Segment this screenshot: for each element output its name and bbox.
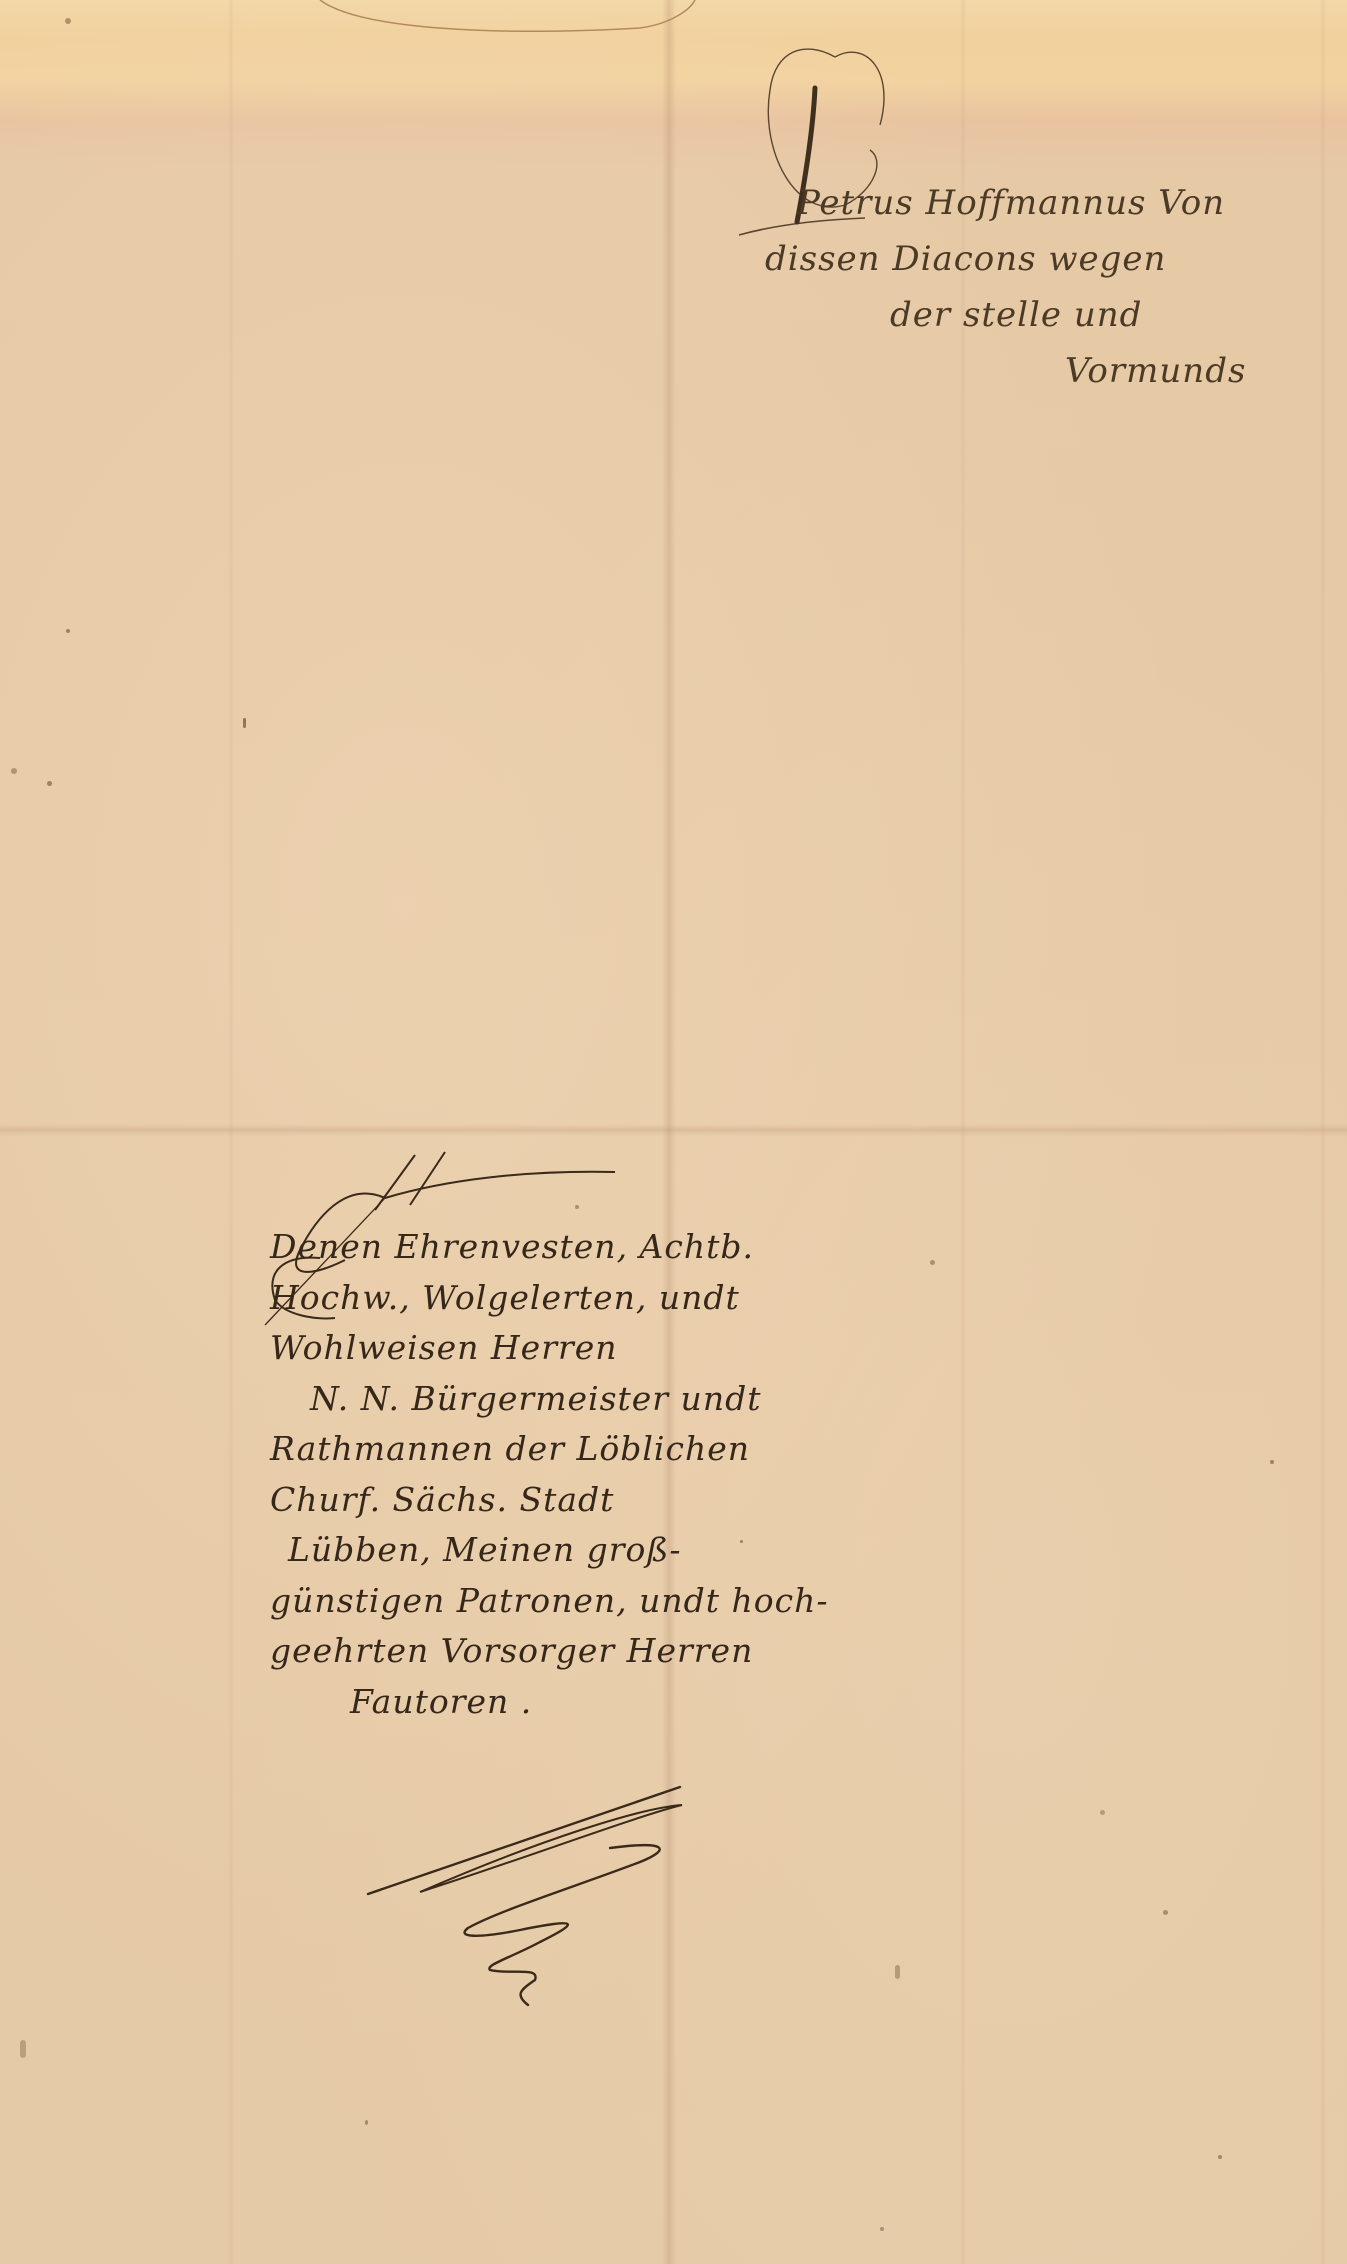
paper-spot [243, 718, 246, 728]
tear-line-icon [300, 0, 700, 40]
paper-spot [66, 629, 70, 633]
paper-spot [1218, 2155, 1222, 2159]
address-line-3: Wohlweisen Herren [270, 1323, 828, 1374]
address-line-9: geehrten Vorsorger Herren [270, 1626, 828, 1677]
address-line-7: Lübben, Meinen groß- [270, 1525, 828, 1576]
address-block: Denen Ehrenvesten, Achtb. Hochw., Wolgel… [270, 1222, 828, 1727]
address-line-10: Fautoren . [270, 1677, 828, 1728]
docket-heading: Petrus Hoffmannus Von dissen Diacons weg… [775, 175, 1246, 399]
paper-spot [1163, 1910, 1168, 1915]
paper-spot [65, 18, 71, 24]
address-line-1: Denen Ehrenvesten, Achtb. [270, 1222, 828, 1273]
signature-paraph-icon [340, 1770, 720, 2030]
paper-spot [11, 768, 17, 774]
docket-line-3: der stelle und [775, 287, 1246, 343]
paper-spot [930, 1260, 935, 1265]
docket-line-2: dissen Diacons wegen [765, 231, 1246, 287]
docket-line-4: Vormunds [775, 343, 1246, 399]
address-line-4: N. N. Bürgermeister undt [270, 1374, 828, 1425]
address-line-5: Rathmannen der Löblichen [270, 1424, 828, 1475]
paper-spot [1270, 1460, 1274, 1464]
manuscript-sheet: Petrus Hoffmannus Von dissen Diacons weg… [0, 0, 1347, 2264]
address-line-8: günstigen Patronen, undt hoch- [270, 1576, 828, 1627]
paper-spot [365, 2120, 368, 2125]
paper-spot [20, 2040, 26, 2058]
paper-spot [880, 2227, 884, 2231]
address-line-2: Hochw., Wolgelerten, undt [270, 1273, 828, 1324]
address-line-6: Churf. Sächs. Stadt [270, 1475, 828, 1526]
paper-spot [895, 1965, 900, 1979]
paper-spot [47, 781, 52, 786]
docket-line-1: Petrus Hoffmannus Von [775, 175, 1246, 231]
paper-spot [1100, 1810, 1105, 1815]
horizontal-fold-line [0, 1124, 1347, 1136]
